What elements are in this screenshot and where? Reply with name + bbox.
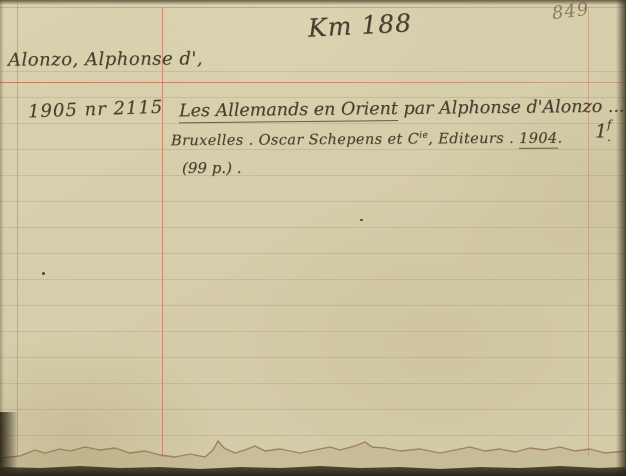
scan-edge-right [616, 0, 626, 476]
entry-collation: (99 p.) . [182, 159, 241, 177]
header-red-rule [0, 82, 626, 83]
title-continuation: par Alphonse d'Alonzo ... [398, 97, 625, 119]
ink-speck [360, 219, 363, 221]
imprint-middle: , Editeurs . [428, 131, 519, 148]
ruled-lines [0, 71, 626, 447]
price-dot: . [607, 130, 611, 144]
scan-edge-left [0, 0, 4, 476]
entry-title-line: Les Allemands en Orient par Alphonse d'A… [179, 97, 625, 122]
column-divider-rule [162, 7, 163, 457]
accession-number: 1905 nr 2115 [28, 97, 164, 123]
author-heading: Alonzo, Alphonse d', [8, 48, 203, 70]
scan-corner-bottom-left [0, 412, 18, 476]
left-margin-crease [17, 4, 18, 456]
title-underlined: Les Allemands en Orient [179, 99, 398, 123]
classmark: Km 188 [307, 8, 412, 42]
imprint-start: Bruxelles . Oscar Schepens et C [171, 131, 419, 149]
ink-speck [42, 272, 45, 275]
scan-edge-top [0, 0, 626, 5]
catalog-card-scan: Km 188 849 Alonzo, Alphonse d', 1905 nr … [0, 0, 626, 476]
imprint-end: . [558, 130, 563, 146]
right-margin-rule [588, 7, 589, 457]
imprint-year: 1904 [519, 130, 558, 148]
imprint-company-superscript: ie [419, 131, 428, 141]
scan-edge-bottom [0, 468, 626, 476]
top-red-rule [0, 7, 626, 8]
price-mark: 1f. [595, 120, 615, 142]
price-value: 1 [595, 120, 607, 142]
entry-imprint-line: Bruxelles . Oscar Schepens et Cie, Edite… [171, 130, 563, 150]
